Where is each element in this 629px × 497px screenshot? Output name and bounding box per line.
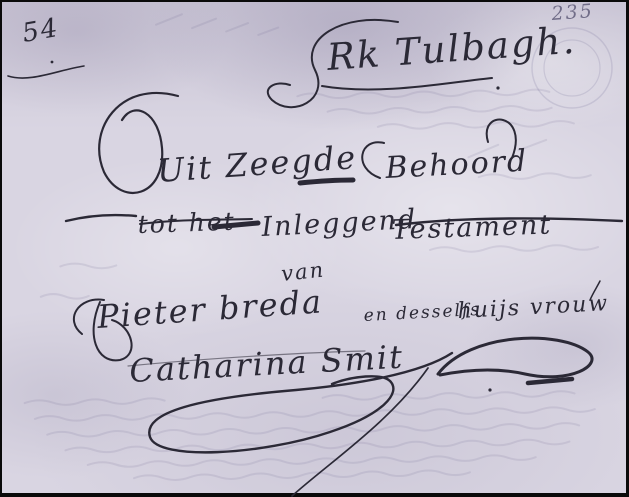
heading-text: Rk Tulbagh. bbox=[325, 19, 578, 79]
smit-thick-dash bbox=[528, 379, 572, 383]
bleed-through-texture bbox=[18, 7, 602, 482]
smit-figure8-flourish bbox=[438, 338, 592, 377]
heading-underline bbox=[322, 78, 492, 90]
line2-lead-dash bbox=[66, 215, 136, 221]
line4-left-text: Pieter breda bbox=[95, 282, 324, 336]
manuscript-scan: 54 235 Rk Tulbagh. Uit Zeegde Behoord to… bbox=[0, 0, 629, 497]
line1-bold-dash bbox=[300, 180, 353, 183]
page-number: 54 bbox=[20, 13, 62, 49]
behoord-swash bbox=[362, 142, 384, 178]
swash-dot bbox=[51, 61, 54, 64]
line2-right-text: Testament bbox=[391, 209, 552, 246]
handwriting-layer: 54 235 Rk Tulbagh. Uit Zeegde Behoord to… bbox=[0, 0, 629, 497]
line4-right-text: huijs vrouw bbox=[457, 291, 610, 324]
page-number-swash bbox=[8, 66, 84, 78]
heading-dot bbox=[496, 86, 499, 89]
smit-dot bbox=[488, 388, 491, 391]
line2-group: tot het Inleggend Testament bbox=[66, 204, 622, 246]
line1-right-text: Behoord bbox=[384, 144, 529, 186]
